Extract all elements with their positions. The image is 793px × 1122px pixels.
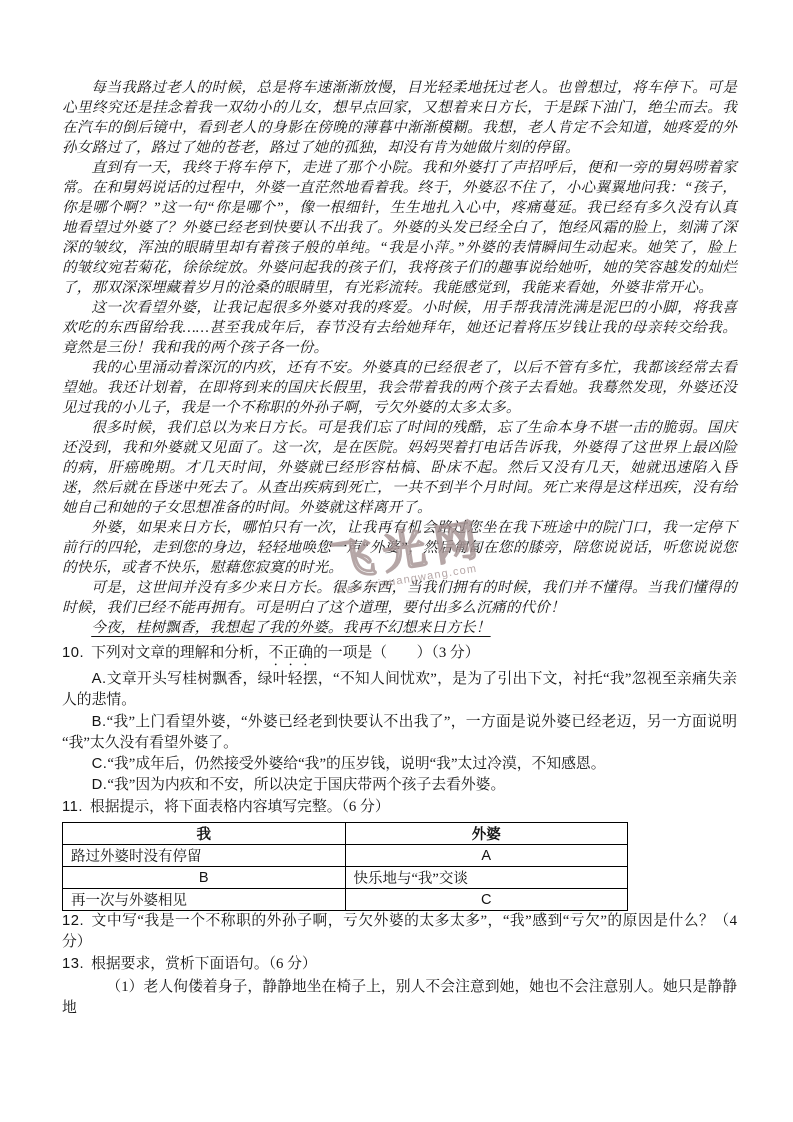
table-cell-blank-c: C bbox=[345, 889, 628, 911]
questions-section: 10.下列对文章的理解和分析，不正确的一项是（ ）（3 分） A.文章开头写桂树… bbox=[62, 643, 737, 1020]
question-10-option-d: D.“我”因为内疚和不安，所以决定于国庆带两个孩子去看外婆。 bbox=[62, 775, 737, 796]
question-12-number: 12. bbox=[62, 913, 84, 929]
question-10-stem: 10.下列对文章的理解和分析，不正确的一项是（ ）（3 分） bbox=[62, 643, 737, 669]
table-row: B 快乐地与“我”交谈 bbox=[63, 867, 628, 889]
question-11-stem: 11.根据提示，将下面表格内容填写完整。（6 分） bbox=[62, 797, 737, 818]
table-header-row: 我 外婆 bbox=[63, 823, 628, 845]
question-12-stem: 12.文中写“我是一个不称职的外孙子啊，亏欠外婆的太多太多”，“我”感到“亏欠”… bbox=[62, 911, 737, 954]
question-13-number: 13. bbox=[62, 956, 84, 972]
passage-paragraph-1: 每当我路过老人的时候，总是将车速渐渐放慢，目光轻柔地抚过老人。也曾想过，将车停下… bbox=[62, 78, 737, 158]
table-cell-grandma-2: 快乐地与“我”交谈 bbox=[345, 867, 628, 889]
reading-passage: 每当我路过老人的时候，总是将车速渐渐放慢，目光轻柔地抚过老人。也曾想过，将车停下… bbox=[62, 78, 737, 638]
option-d-label: D. bbox=[92, 777, 108, 793]
question-10-option-c: C.“我”成年后，仍然接受外婆给“我”的压岁钱，说明“我”太过冷漠，不知感恩。 bbox=[62, 754, 737, 775]
question-13-stem-text: 根据要求，赏析下面语句。（6 分） bbox=[91, 956, 317, 972]
passage-closing-line-underlined: 今夜，桂树飘香，我想起了我的外婆。我再不幻想来日方长！ bbox=[62, 618, 737, 638]
table-cell-me-1: 路过外婆时没有停留 bbox=[63, 845, 346, 867]
question-10-stem-emphasis: 不正确 bbox=[269, 645, 313, 661]
table-cell-me-3: 再一次与外婆相见 bbox=[63, 889, 346, 911]
document-page: 每当我路过老人的时候，总是将车速渐渐放慢，目光轻柔地抚过老人。也曾想过，将车停下… bbox=[0, 0, 793, 1122]
table-cell-blank-b: B bbox=[63, 867, 346, 889]
question-11-number: 11. bbox=[62, 799, 83, 815]
passage-paragraph-3: 这一次看望外婆，让我记起很多外婆对我的疼爱。小时候，用手帮我清洗满是泥巴的小脚，… bbox=[62, 298, 737, 358]
question-11-fill-in-table: 我 外婆 路过外婆时没有停留 A B 快乐地与“我”交谈 再一次与外婆相见 C bbox=[62, 822, 628, 911]
passage-paragraph-4: 我的心里涌动着深沉的内疚，还有不安。外婆真的已经很老了，以后不管有多忙，我都该经… bbox=[62, 358, 737, 418]
passage-paragraph-2: 直到有一天，我终于将车停下，走进了那个小院。我和外婆打了声招呼后，便和一旁的舅妈… bbox=[62, 158, 737, 298]
question-10-stem-text: 下列对文章的理解和分析， bbox=[91, 645, 269, 661]
option-a-text: 文章开头写桂树飘香，绿叶轻摆，“不知人间忧欢”，是为了引出下文，衬托“我”忽视至… bbox=[62, 671, 737, 708]
option-d-text: “我”因为内疚和不安，所以决定于国庆带两个孩子去看外婆。 bbox=[107, 777, 505, 793]
option-c-text: “我”成年后，仍然接受外婆给“我”的压岁钱，说明“我”太过冷漠，不知感恩。 bbox=[107, 756, 605, 772]
table-header-me: 我 bbox=[63, 823, 346, 845]
passage-paragraph-7: 可是，这世间并没有多少来日方长。很多东西，当我们拥有的时候，我们并不懂得。当我们… bbox=[62, 578, 737, 618]
option-b-text: “我”上门看望外婆，“外婆已经老到快要认不出我了”，一方面是说外婆已经老迈，另一… bbox=[62, 714, 737, 751]
question-12-stem-text: 文中写“我是一个不称职的外孙子啊，亏欠外婆的太多太多”，“我”感到“亏欠”的原因… bbox=[62, 913, 737, 950]
question-10-option-a: A.文章开头写桂树飘香，绿叶轻摆，“不知人间忧欢”，是为了引出下文，衬托“我”忽… bbox=[62, 669, 737, 712]
table-row: 路过外婆时没有停留 A bbox=[63, 845, 628, 867]
table-header-grandma: 外婆 bbox=[345, 823, 628, 845]
option-b-label: B. bbox=[92, 714, 107, 730]
question-13-stem: 13.根据要求，赏析下面语句。（6 分） bbox=[62, 954, 737, 975]
question-13-sub-item-1: （1）老人佝偻着身子，静静地坐在椅子上，别人不会注意到她，她也不会注意别人。她只… bbox=[62, 977, 737, 1020]
question-10-number: 10. bbox=[62, 645, 84, 661]
passage-paragraph-6: 外婆，如果来日方长，哪怕只有一次，让我再有机会路过您坐在我下班途中的院门口，我一… bbox=[62, 518, 737, 578]
question-10-stem-tail: 的一项是（ ）（3 分） bbox=[313, 645, 479, 661]
option-c-label: C. bbox=[92, 756, 108, 772]
question-10-option-b: B.“我”上门看望外婆，“外婆已经老到快要认不出我了”，一方面是说外婆已经老迈，… bbox=[62, 712, 737, 755]
question-11-stem-text: 根据提示，将下面表格内容填写完整。（6 分） bbox=[90, 799, 390, 815]
table-cell-blank-a: A bbox=[345, 845, 628, 867]
table-row: 再一次与外婆相见 C bbox=[63, 889, 628, 911]
option-a-label: A. bbox=[92, 671, 107, 687]
passage-paragraph-5: 很多时候，我们总以为来日方长。可是我们忘了时间的残酷，忘了生命本身不堪一击的脆弱… bbox=[62, 418, 737, 518]
